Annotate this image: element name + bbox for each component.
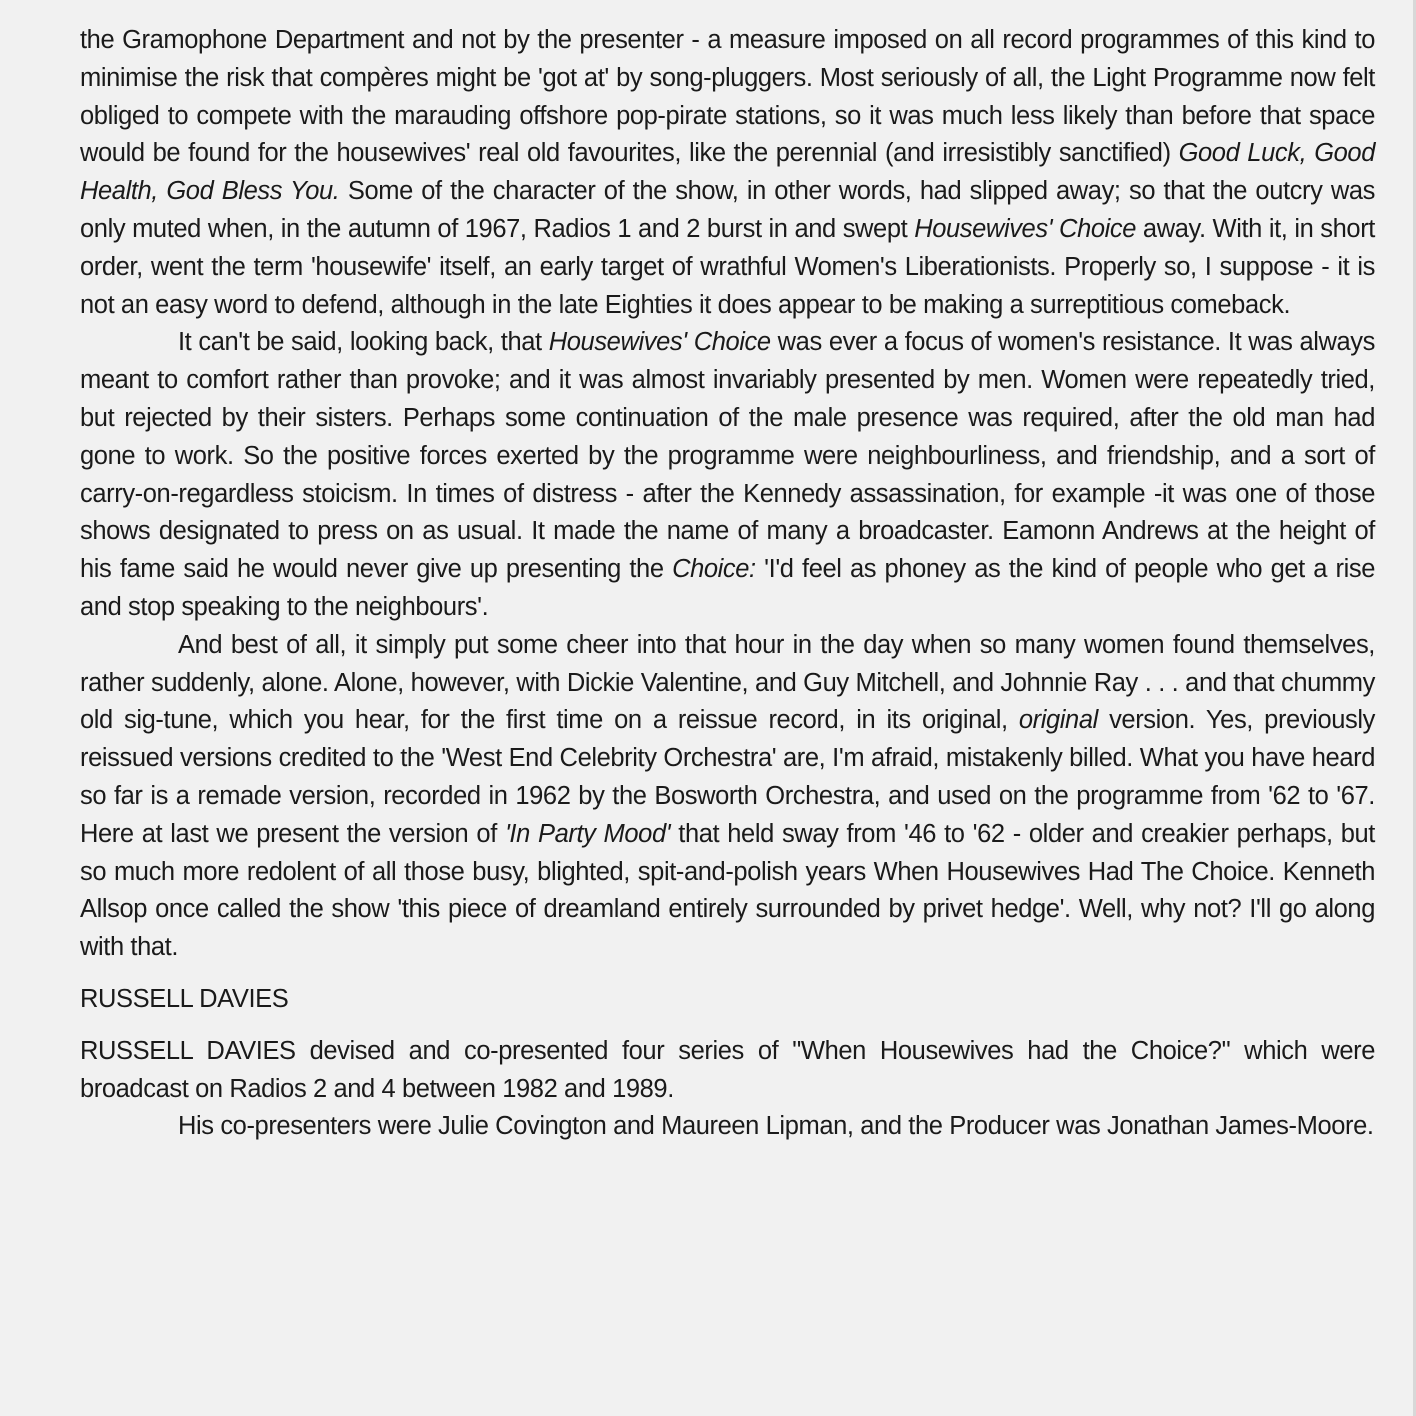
text-segment: It can't be said, looking back, that <box>178 328 549 356</box>
emphasis: original <box>1019 706 1098 734</box>
text-segment: was ever a focus of women's resistance. … <box>80 328 1375 583</box>
programme-title: Housewives' Choice <box>914 215 1136 243</box>
paragraph-3: And best of all, it simply put some chee… <box>80 627 1375 967</box>
paragraph-2: It can't be said, looking back, that Hou… <box>80 324 1375 626</box>
author-signature: RUSSELL DAVIES <box>80 981 1375 1019</box>
paragraph-1: the Gramophone Department and not by the… <box>80 22 1375 324</box>
programme-title: Choice: <box>672 555 756 583</box>
document-page: the Gramophone Department and not by the… <box>80 22 1375 1146</box>
tune-title: 'In Party Mood' <box>505 820 670 848</box>
programme-title: Housewives' Choice <box>549 328 771 356</box>
bio-paragraph-2: His co-presenters were Julie Covington a… <box>80 1108 1375 1146</box>
bio-paragraph-1: RUSSELL DAVIES devised and co-presented … <box>80 1033 1375 1109</box>
